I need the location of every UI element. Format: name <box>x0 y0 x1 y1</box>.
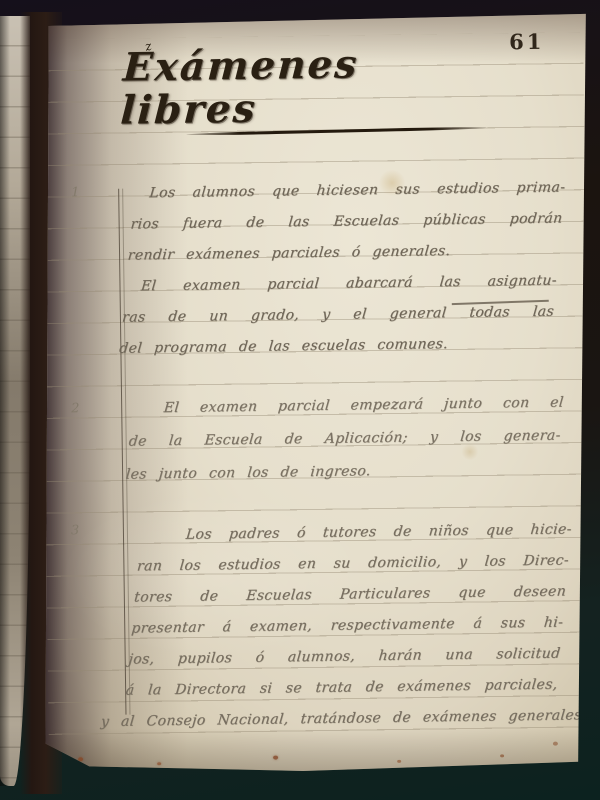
manuscript-line: del programa de las escuelas comunes. <box>118 328 553 365</box>
page-title: Exámenes libres <box>119 41 524 132</box>
foxing-spot <box>500 754 504 757</box>
manuscript-line: y al Consejo Nacional, tratándose de exá… <box>99 701 556 738</box>
manuscript-line: de la Escuela de Aplicación; y los gener… <box>127 420 562 459</box>
manuscript-line: rios fuera de las Escuelas públicas podr… <box>129 203 564 240</box>
margin-item-number: 1 <box>71 185 79 200</box>
page-content: 61 z Exámenes libres 1 2 3 Los alumnos q… <box>35 6 594 778</box>
foxing-spot <box>273 756 278 760</box>
page-edges-shadow <box>0 16 10 786</box>
foxing-spot <box>78 757 83 761</box>
title-block: z Exámenes libres <box>121 41 522 132</box>
margin-item-number: 2 <box>71 401 79 416</box>
manuscript-page: 61 z Exámenes libres 1 2 3 Los alumnos q… <box>40 10 588 774</box>
paragraph-1: Los alumnos que hiciesen sus estudios pr… <box>118 172 567 364</box>
manuscript-line: les junto con los de ingreso. <box>124 453 559 492</box>
margin-item-number: 3 <box>71 523 79 538</box>
manuscript-photo: 61 z Exámenes libres 1 2 3 Los alumnos q… <box>0 0 600 800</box>
foxing-spot <box>397 760 401 763</box>
foxing-spot <box>157 762 161 765</box>
foxing-spot <box>553 742 558 746</box>
paragraph-2: El examen parcial empezará junto con el … <box>124 386 565 491</box>
paragraph-3: Los padres ó tutores de niños que hicie-… <box>121 514 573 737</box>
